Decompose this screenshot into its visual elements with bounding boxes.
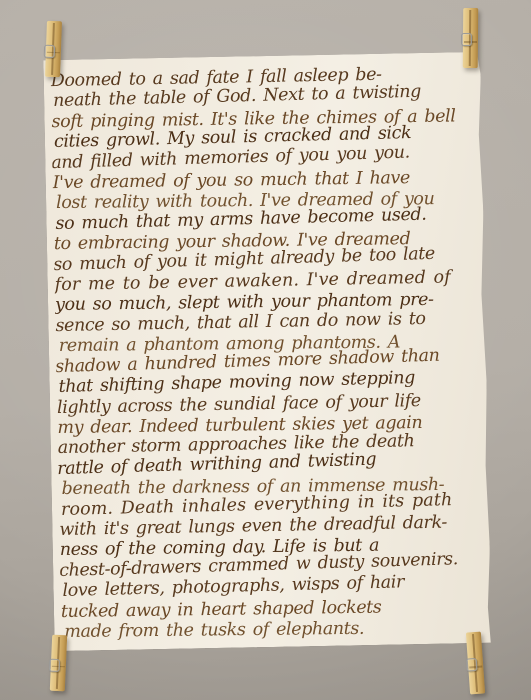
manuscript-line: made from the tusks of elephants. (64, 617, 487, 642)
clothespin-top-right (463, 8, 479, 68)
clothespin-bottom-left (50, 635, 67, 692)
photograph: Doomed to a sad fate I fall asleep be-ne… (0, 0, 531, 700)
clothespin-spring (49, 658, 61, 671)
clothespin-spring (461, 33, 472, 46)
clothespin-top-left (45, 21, 62, 77)
clothespin-spring (44, 44, 55, 57)
clothespin-spring (466, 658, 478, 672)
handwritten-page: Doomed to a sad fate I fall asleep be-ne… (43, 52, 491, 651)
manuscript-text: Doomed to a sad fate I fall asleep be-ne… (51, 63, 488, 645)
